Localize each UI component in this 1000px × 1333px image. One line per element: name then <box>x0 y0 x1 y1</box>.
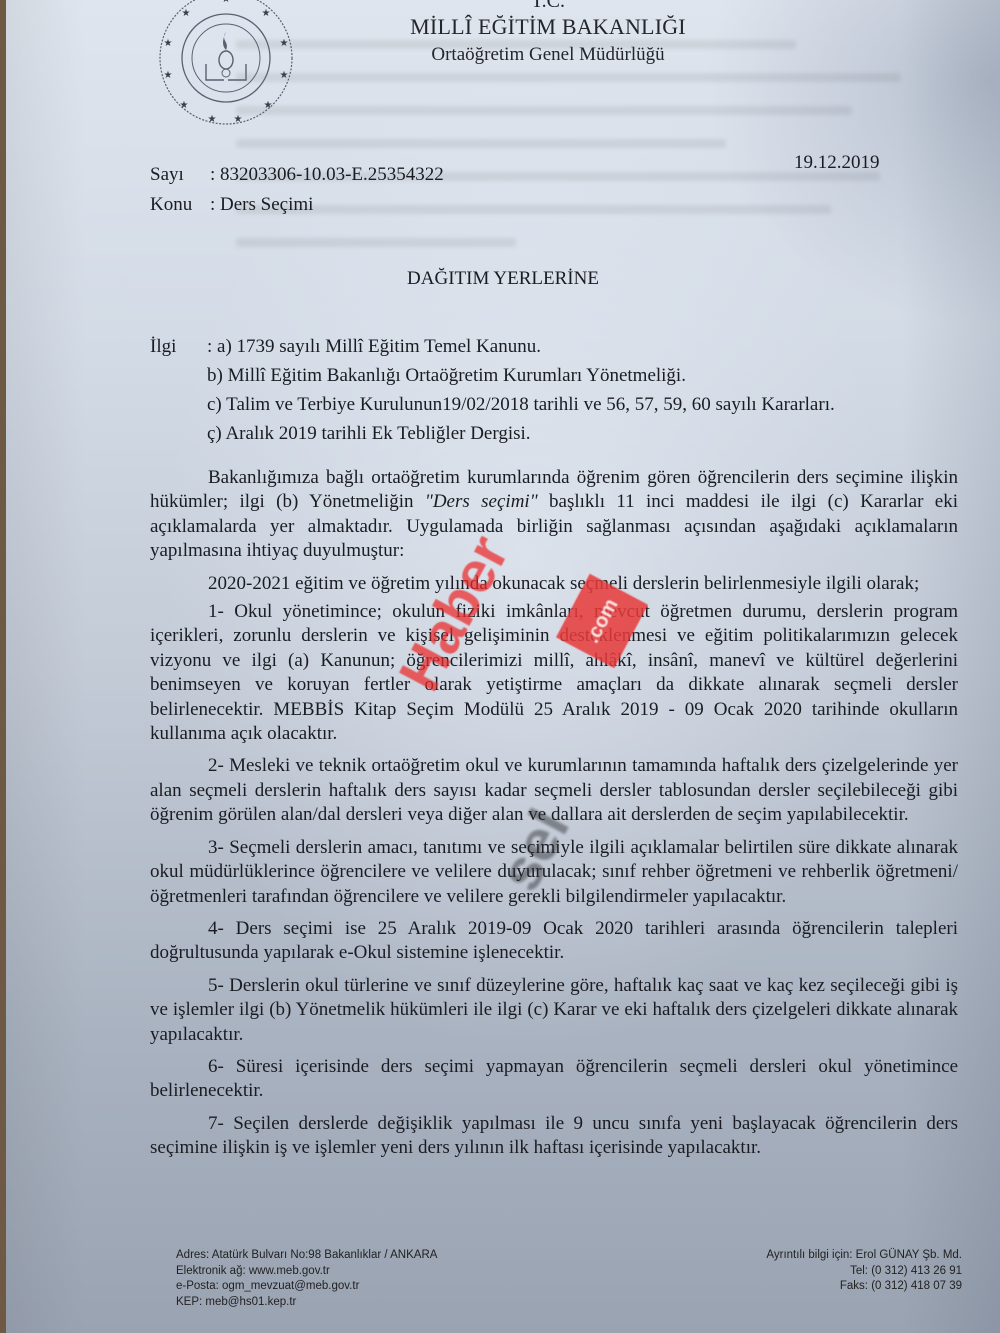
svg-text:★: ★ <box>264 100 273 111</box>
intro-paragraph: Bakanlığımıza bağlı ortaöğretim kurumlar… <box>150 466 958 564</box>
sayi-value: : 83203306-10.03-E.25354322 <box>210 160 444 190</box>
numbered-item: 1- Okul yönetimince; okulun fiziki imkân… <box>150 600 958 746</box>
ministry-name: MİLLÎ EĞİTİM BAKANLIĞI <box>378 12 718 42</box>
reference-item: : a) 1739 sayılı Millî Eğitim Temel Kanu… <box>207 332 541 361</box>
svg-text:★: ★ <box>262 8 271 19</box>
addressee: DAĞITIM YERLERİNE <box>6 268 1000 290</box>
kep-line: KEP: meb@hs01.kep.tr <box>176 1295 437 1311</box>
phone-line: Tel: (0 312) 413 26 91 <box>766 1264 962 1280</box>
quoted-title: "Ders seçimi" <box>425 491 538 512</box>
numbered-item: 4- Ders seçimi ise 25 Aralık 2019-09 Oca… <box>150 917 958 966</box>
document-meta: Sayı : 83203306-10.03-E.25354322 Konu : … <box>150 160 444 220</box>
letter-body: Bakanlığımıza bağlı ortaöğretim kurumlar… <box>150 466 958 1169</box>
department-name: Ortaöğretim Genel Müdürlüğü <box>378 42 718 68</box>
svg-text:★: ★ <box>180 100 189 111</box>
ministry-seal-icon: ★ ★ ★ ★ ★ ★ ★ ★ ★ ★ ★ <box>156 0 296 128</box>
svg-text:★: ★ <box>182 8 191 19</box>
lead-paragraph: 2020-2021 eğitim ve öğretim yılında okun… <box>150 572 958 596</box>
konu-label: Konu <box>150 190 210 220</box>
numbered-item: 3- Seçmeli derslerin amacı, tanıtımı ve … <box>150 836 958 909</box>
website-line: Elektronik ağ: www.meb.gov.tr <box>176 1264 437 1280</box>
document-date: 19.12.2019 <box>794 152 880 174</box>
contact-name-line: Ayrıntılı bilgi için: Erol GÜNAY Şb. Md. <box>766 1248 962 1264</box>
contact-address: Adres: Atatürk Bulvarı No:98 Bakanlıklar… <box>176 1248 437 1310</box>
document-page: ★ ★ ★ ★ ★ ★ ★ ★ ★ ★ ★ T.C. MİLLÎ EĞİTİM … <box>6 0 1000 1333</box>
svg-text:★: ★ <box>234 114 243 125</box>
republic-abbr: T.C. <box>378 0 718 12</box>
email-line: e-Posta: ogm_mevzuat@meb.gov.tr <box>176 1279 437 1295</box>
svg-text:★: ★ <box>208 114 217 125</box>
svg-text:★: ★ <box>164 38 173 49</box>
reference-item: c) Talim ve Terbiye Kurulunun19/02/2018 … <box>150 390 835 419</box>
reference-item: ç) Aralık 2019 tarihli Ek Tebliğler Derg… <box>150 419 835 448</box>
svg-text:★: ★ <box>280 70 289 81</box>
contact-person: Ayrıntılı bilgi için: Erol GÜNAY Şb. Md.… <box>766 1248 962 1295</box>
address-line: Adres: Atatürk Bulvarı No:98 Bakanlıklar… <box>176 1248 437 1264</box>
numbered-item: 5- Derslerin okul türlerine ve sınıf düz… <box>150 974 958 1047</box>
fax-line: Faks: (0 312) 418 07 39 <box>766 1279 962 1295</box>
svg-text:★: ★ <box>222 0 231 5</box>
numbered-item: 7- Seçilen derslerde değişiklik yapılmas… <box>150 1112 958 1161</box>
numbered-item: 2- Mesleki ve teknik ortaöğretim okul ve… <box>150 754 958 827</box>
sayi-label: Sayı <box>150 160 210 190</box>
references: İlgi : a) 1739 sayılı Millî Eğitim Temel… <box>150 332 835 448</box>
svg-text:★: ★ <box>164 70 173 81</box>
numbered-item: 6- Süresi içerisinde ders seçimi yapmaya… <box>150 1055 958 1104</box>
ilgi-label: İlgi <box>150 332 207 361</box>
konu-value: : Ders Seçimi <box>210 190 313 220</box>
reference-item: b) Millî Eğitim Bakanlığı Ortaöğretim Ku… <box>150 361 835 390</box>
letterhead: T.C. MİLLÎ EĞİTİM BAKANLIĞI Ortaöğretim … <box>378 0 718 68</box>
svg-text:★: ★ <box>280 38 289 49</box>
